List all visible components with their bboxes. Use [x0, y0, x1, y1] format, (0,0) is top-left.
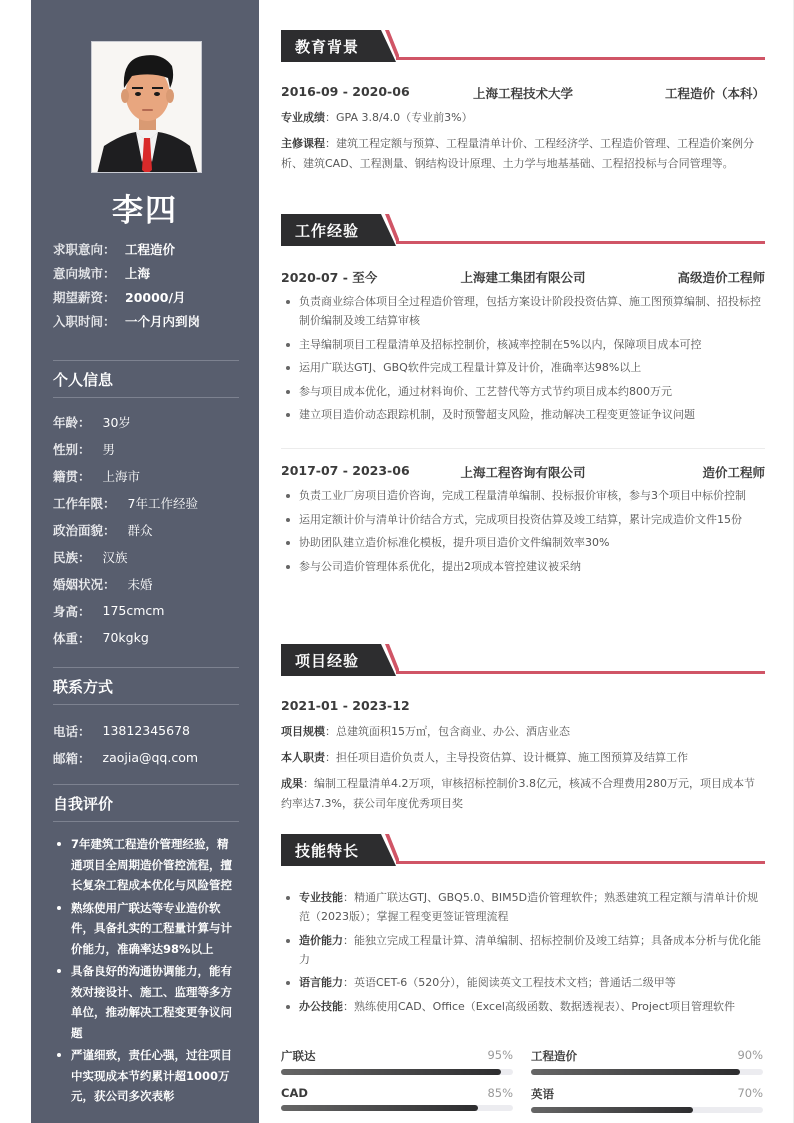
section-title: 联系方式: [53, 668, 239, 704]
info-label: 年龄：: [53, 413, 91, 431]
info-row: 体重：70kgkg: [53, 624, 239, 651]
job-row: 2020-07 - 至今 上海建工集团有限公司 高级造价工程师: [281, 268, 765, 286]
list-item: 熟练使用广联达等专业造价软件，具备扎实的工程量计算与计价能力，准确率达98%以上: [53, 898, 239, 960]
progress-fill: [281, 1105, 478, 1111]
skill-bar-name: CAD: [281, 1086, 308, 1100]
info-value: 男: [103, 440, 116, 458]
progress-fill: [281, 1069, 501, 1075]
contact-label: 邮箱：: [53, 749, 91, 767]
intent-label: 意向城市：: [53, 264, 125, 282]
job-company: 上海建工集团有限公司: [431, 268, 615, 286]
job-period: 2020-07 - 至今: [281, 268, 431, 286]
info-row: 政治面貌：群众: [53, 516, 239, 543]
skill-bar-percent: 90%: [737, 1048, 763, 1064]
info-row: 婚姻状况：未婚: [53, 570, 239, 597]
intent-label: 期望薪资：: [53, 288, 125, 306]
divider: [53, 397, 239, 398]
section-tab: 技能特长: [281, 834, 396, 866]
info-value: 175cmcm: [103, 603, 165, 618]
list-item: 负责工业厂房项目造价咨询，完成工程量清单编制、投标报价审核，参与3个项目中标价控…: [281, 486, 765, 505]
info-row: 籍贯：上海市: [53, 462, 239, 489]
courses-value: ：建筑工程定额与预算、工程量清单计价、工程经济学、工程造价管理、工程造价案例分析…: [281, 137, 754, 170]
project-scale: 项目规模：总建筑面积15万㎡，包含商业、办公、酒店业态: [281, 722, 765, 742]
candidate-name: 李四: [31, 185, 259, 230]
info-label: 民族：: [53, 548, 91, 566]
education-school: 上海工程技术大学: [431, 84, 615, 102]
section-tab: 教育背景: [281, 30, 396, 62]
list-item: 负责商业综合体项目全过程造价管理，包括方案设计阶段投资估算、施工图预算编制、招投…: [281, 292, 765, 330]
list-item: 参与项目成本优化，通过材料询价、工艺替代等方式节约项目成本约800万元: [281, 382, 765, 401]
progress-fill: [531, 1107, 693, 1113]
accent-line: [396, 241, 765, 244]
info-label: 身高：: [53, 602, 91, 620]
intent-row: 意向城市：上海: [53, 261, 243, 285]
skill-bar-name: 广联达: [281, 1048, 316, 1064]
job-position: 高级造价工程师: [615, 268, 765, 286]
info-label: 籍贯：: [53, 467, 91, 485]
skill-value: ：熟练使用CAD、Office（Excel高级函数、数据透视表）、Project…: [343, 1000, 735, 1013]
result-value: ：编制工程量清单4.2万项，审核招标控制价3.8亿元，核减不合理费用280万元，…: [281, 777, 755, 810]
divider: [53, 704, 239, 705]
info-label: 婚姻状况：: [53, 575, 116, 593]
section-title: 工作经验: [295, 220, 359, 241]
section-title: 技能特长: [295, 840, 359, 861]
skill-bar: 工程造价90%: [531, 1048, 763, 1075]
info-row: 工作年限：7年工作经验: [53, 489, 239, 516]
phone-value: 13812345678: [103, 723, 190, 738]
info-value: 70kgkg: [103, 630, 149, 645]
divider: [281, 448, 765, 449]
education-row: 2016-09 - 2020-06 上海工程技术大学 工程造价（本科）: [281, 84, 765, 102]
info-value: 上海市: [103, 467, 141, 485]
intent-row: 求职意向：工程造价: [53, 237, 243, 261]
info-value: 30岁: [103, 413, 131, 431]
job-intent: 求职意向：工程造价 意向城市：上海 期望薪资：20000/月 入职时间：一个月内…: [53, 237, 243, 333]
contact-section: 联系方式 电话：13812345678 邮箱：zaojia@qq.com: [53, 667, 239, 771]
progress-track: [531, 1069, 763, 1075]
info-value: 未婚: [128, 575, 153, 593]
info-label: 工作年限：: [53, 494, 116, 512]
skill-value: ：精通广联达GTJ、GBQ5.0、BIM5D造价管理软件；熟悉建筑工程定额与清单…: [299, 891, 758, 923]
info-value: 群众: [128, 521, 153, 539]
person-portrait-icon: [92, 42, 202, 173]
intent-label: 求职意向：: [53, 240, 125, 258]
list-item: 语言能力：英语CET-6（520分），能阅读英文工程技术文档；普通话二级甲等: [281, 973, 765, 992]
info-row: 身高：175cmcm: [53, 597, 239, 624]
list-item: 造价能力：能独立完成工程量计算、清单编制、招标控制价及竣工结算；具备成本分析与优…: [281, 931, 765, 969]
courses-paragraph: 主修课程：建筑工程定额与预算、工程量清单计价、工程经济学、工程造价管理、工程造价…: [281, 134, 765, 173]
job-period: 2017-07 - 2023-06: [281, 463, 431, 481]
skill-label: 专业技能: [299, 891, 343, 904]
job-bullets: 负责工业厂房项目造价咨询，完成工程量清单编制、投标报价审核，参与3个项目中标价控…: [281, 486, 765, 580]
resume-page: 李四 求职意向：工程造价 意向城市：上海 期望薪资：20000/月 入职时间：一…: [0, 0, 794, 1123]
gpa-value: ：GPA 3.8/4.0（专业前3%）: [325, 111, 473, 124]
job-bullets: 负责商业综合体项目全过程造价管理，包括方案设计阶段投资估算、施工图预算编制、招投…: [281, 292, 765, 429]
skill-bar: 广联达95%: [281, 1048, 513, 1075]
skill-bar-name: 工程造价: [531, 1048, 577, 1064]
skill-bar: CAD85%: [281, 1086, 513, 1111]
intent-value: 工程造价: [125, 240, 175, 258]
scale-label: 项目规模: [281, 725, 325, 738]
intent-row: 期望薪资：20000/月: [53, 285, 243, 309]
intent-row: 入职时间：一个月内到岗: [53, 309, 243, 333]
intent-label: 入职时间：: [53, 312, 125, 330]
skill-label: 造价能力: [299, 934, 343, 947]
info-row: 民族：汉族: [53, 543, 239, 570]
contact-row: 邮箱：zaojia@qq.com: [53, 744, 239, 771]
gpa-label: 专业成绩: [281, 111, 325, 124]
info-label: 性别：: [53, 440, 91, 458]
skill-bar-percent: 70%: [737, 1086, 763, 1102]
progress-track: [281, 1105, 513, 1111]
scale-value: ：总建筑面积15万㎡，包含商业、办公、酒店业态: [325, 725, 570, 738]
role-label: 本人职责: [281, 751, 325, 764]
section-title: 项目经验: [295, 650, 359, 671]
info-row: 性别：男: [53, 435, 239, 462]
list-item: 具备良好的沟通协调能力，能有效对接设计、施工、监理等多方单位，推动解决工程变更争…: [53, 961, 239, 1043]
job-company: 上海工程咨询有限公司: [431, 463, 615, 481]
sidebar: 李四 求职意向：工程造价 意向城市：上海 期望薪资：20000/月 入职时间：一…: [31, 0, 259, 1123]
project-result: 成果：编制工程量清单4.2万项，审核招标控制价3.8亿元，核减不合理费用280万…: [281, 774, 765, 813]
work-header: 工作经验: [281, 214, 765, 246]
courses-label: 主修课程: [281, 137, 325, 150]
info-value: 7年工作经验: [128, 494, 198, 512]
section-tab: 项目经验: [281, 644, 396, 676]
job-row: 2017-07 - 2023-06 上海工程咨询有限公司 造价工程师: [281, 463, 765, 481]
project-period: 2021-01 - 2023-12: [281, 698, 431, 713]
education-period: 2016-09 - 2020-06: [281, 84, 431, 102]
skill-bar-percent: 85%: [487, 1086, 513, 1100]
info-value: 汉族: [103, 548, 128, 566]
gpa-line: 专业成绩：GPA 3.8/4.0（专业前3%）: [281, 108, 765, 128]
skills-list: 专业技能：精通广联达GTJ、GBQ5.0、BIM5D造价管理软件；熟悉建筑工程定…: [281, 888, 765, 1020]
section-title: 个人信息: [53, 361, 239, 397]
project-role: 本人职责：担任项目造价负责人，主导投资估算、设计概算、施工图预算及结算工作: [281, 748, 765, 768]
education-header: 教育背景: [281, 30, 765, 62]
skill-value: ：能独立完成工程量计算、清单编制、招标控制价及竣工结算；具备成本分析与优化能力: [299, 934, 761, 966]
info-label: 政治面貌：: [53, 521, 116, 539]
self-eval-list: 7年建筑工程造价管理经验，精通项目全周期造价管控流程，擅长复杂工程成本优化与风险…: [53, 834, 239, 1107]
list-item: 7年建筑工程造价管理经验，精通项目全周期造价管控流程，擅长复杂工程成本优化与风险…: [53, 834, 239, 896]
job-position: 造价工程师: [615, 463, 765, 481]
skills-header: 技能特长: [281, 834, 765, 866]
list-item: 建立项目造价动态跟踪机制，及时预警超支风险，推动解决工程变更签证争议问题: [281, 405, 765, 424]
personal-info-section: 个人信息 年龄：30岁 性别：男 籍贯：上海市 工作年限：7年工作经验 政治面貌…: [53, 360, 239, 651]
list-item: 专业技能：精通广联达GTJ、GBQ5.0、BIM5D造价管理软件；熟悉建筑工程定…: [281, 888, 765, 926]
project-header: 项目经验: [281, 644, 765, 676]
list-item: 严谨细致，责任心强，过往项目中实现成本节约累计超1000万元，获公司多次表彰: [53, 1045, 239, 1107]
section-title: 自我评价: [53, 785, 239, 821]
email-value: zaojia@qq.com: [103, 750, 199, 765]
section-title: 教育背景: [295, 36, 359, 57]
portrait-photo: [91, 41, 202, 173]
progress-track: [531, 1107, 763, 1113]
self-eval-section: 自我评价 7年建筑工程造价管理经验，精通项目全周期造价管控流程，擅长复杂工程成本…: [53, 784, 239, 1109]
list-item: 协助团队建立造价标准化模板，提升项目造价文件编制效率30%: [281, 533, 765, 552]
skill-label: 语言能力: [299, 976, 343, 989]
progress-fill: [531, 1069, 740, 1075]
accent-line: [396, 57, 765, 60]
info-row: 年龄：30岁: [53, 408, 239, 435]
progress-track: [281, 1069, 513, 1075]
contact-row: 电话：13812345678: [53, 717, 239, 744]
list-item: 运用广联达GTJ、GBQ软件完成工程量计算及计价，准确率达98%以上: [281, 358, 765, 377]
contact-label: 电话：: [53, 722, 91, 740]
education-major: 工程造价（本科）: [615, 84, 765, 102]
accent-line: [396, 861, 765, 864]
list-item: 运用定额计价与清单计价结合方式，完成项目投资估算及竣工结算，累计完成造价文件15…: [281, 510, 765, 529]
skill-bar: 英语70%: [531, 1086, 763, 1113]
accent-line: [396, 671, 765, 674]
intent-value: 一个月内到岗: [125, 312, 200, 330]
section-tab: 工作经验: [281, 214, 396, 246]
divider: [53, 821, 239, 822]
role-value: ：担任项目造价负责人，主导投资估算、设计概算、施工图预算及结算工作: [325, 751, 688, 764]
list-item: 主导编制项目工程量清单及招标控制价，核减率控制在5%以内，保障项目成本可控: [281, 335, 765, 354]
skill-label: 办公技能: [299, 1000, 343, 1013]
list-item: 参与公司造价管理体系优化，提出2项成本管控建议被采纳: [281, 557, 765, 576]
result-label: 成果: [281, 777, 303, 790]
info-label: 体重：: [53, 629, 91, 647]
list-item: 办公技能：熟练使用CAD、Office（Excel高级函数、数据透视表）、Pro…: [281, 997, 765, 1016]
project-period-row: 2021-01 - 2023-12: [281, 698, 765, 713]
intent-value: 20000/月: [125, 288, 186, 306]
skill-bar-percent: 95%: [487, 1048, 513, 1064]
skill-bar-name: 英语: [531, 1086, 554, 1102]
skill-value: ：英语CET-6（520分），能阅读英文工程技术文档；普通话二级甲等: [343, 976, 676, 989]
intent-value: 上海: [125, 264, 150, 282]
